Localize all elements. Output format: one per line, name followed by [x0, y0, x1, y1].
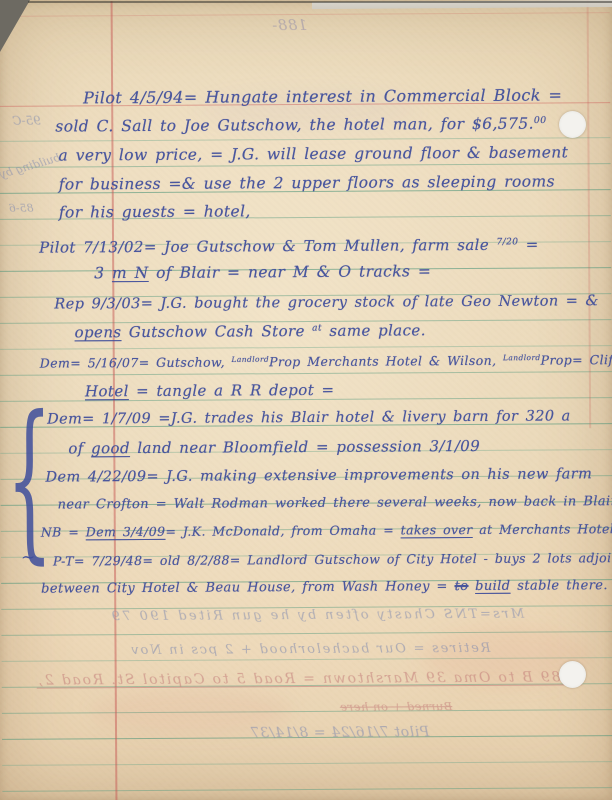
handwriting-segment: of Blair = near M & O tracks =: [149, 262, 432, 282]
handwriting-segment: at Merchants Hotel = 3/1.: [473, 521, 612, 537]
handwriting-segment: stable there.: [510, 578, 608, 594]
handwriting-segment: =: [518, 236, 538, 254]
handwriting-line: a very low price, = J.G. will lease grou…: [58, 143, 568, 164]
handwriting-segment: Gutschow Cash Store: [121, 322, 312, 341]
handwriting-segment: for his guests = hotel,: [59, 202, 251, 221]
handwriting-line: near Crofton = Walt Rodman worked there …: [58, 494, 612, 512]
handwriting-segment: between City Hotel & Beau House, from Wa…: [41, 579, 455, 597]
handwriting-segment: 7/20: [496, 237, 518, 247]
handwriting-line: of good land near Bloomfield = possessio…: [68, 437, 480, 458]
handwriting-segment: Dem 4/22/09= J.G. making extensive impro…: [45, 466, 592, 485]
handwriting-line: Dem= 5/16/07= Gutschow, LandlordProp Mer…: [40, 352, 612, 371]
handwriting-segment: for business =& use the 2 upper floors a…: [59, 172, 555, 193]
handwriting-segment: P-T= 7/29/48= old 8/2/88= Landlord Gutsc…: [53, 550, 612, 569]
handwriting-segment: Landlord: [503, 353, 541, 362]
handwriting-segment: a very low price, = J.G. will lease grou…: [58, 143, 568, 164]
punch-hole-bottom: [559, 661, 586, 688]
handwriting-segment: at: [312, 324, 322, 334]
tilde-annotation: ~: [21, 548, 35, 568]
handwriting-segment: Dem= 1/7/09 =J.G. trades his Blair hotel…: [47, 408, 571, 427]
handwriting-segment: takes over: [401, 522, 473, 537]
handwriting-segment: Dem= 5/16/07= Gutschow,: [40, 354, 232, 370]
handwriting-segment: Hotel: [85, 382, 129, 400]
handwriting-line: P-T= 7/29/48= old 8/2/88= Landlord Gutsc…: [53, 550, 612, 569]
handwriting-segment: = tangle a R R depot =: [129, 381, 335, 400]
handwriting-segment: good: [91, 439, 130, 457]
page-content: 188-95-Cbuilding by85-6Mrs=TNS Chasty of…: [0, 0, 612, 800]
handwriting-segment: land near Bloomfield = possession 3/1/09: [130, 437, 480, 457]
handwriting-segment: 00: [534, 115, 547, 126]
handwriting-segment: same place.: [322, 321, 426, 340]
handwriting-segment: Dem 3/4/09: [86, 524, 166, 539]
handwriting-segment: Prop= Clifton: [541, 352, 612, 368]
handwriting-line: Dem 4/22/09= J.G. making extensive impro…: [45, 466, 592, 485]
handwriting-line: for his guests = hotel,: [59, 202, 251, 221]
handwriting-layer: { ~ Pilot 4/5/94= Hungate interest in Co…: [0, 0, 612, 800]
handwriting-segment: Prop Merchants Hotel & Wilson,: [269, 353, 503, 369]
handwriting-segment: NB =: [41, 524, 86, 539]
handwriting-line: Rep 9/3/03= J.G. bought the grocery stoc…: [54, 293, 599, 312]
handwriting-line: Pilot 4/5/94= Hungate interest in Commer…: [83, 85, 562, 107]
handwriting-segment: 3: [94, 264, 112, 282]
handwriting-line: Pilot 7/13/02= Joe Gutschow & Tom Mullen…: [39, 236, 539, 257]
handwriting-line: 3 m N of Blair = near M & O tracks =: [94, 262, 431, 282]
handwriting-segment: m N: [112, 264, 149, 282]
handwriting-segment: = J.K. McDonald, from Omaha =: [165, 522, 400, 538]
handwriting-segment: Pilot 4/5/94= Hungate interest in Commer…: [83, 85, 562, 107]
handwriting-segment: Landlord: [232, 355, 270, 364]
handwriting-line: opens Gutschow Cash Store at same place.: [75, 321, 426, 341]
handwriting-segment: opens: [75, 323, 122, 341]
handwriting-segment: Rep 9/3/03= J.G. bought the grocery stoc…: [54, 293, 599, 312]
handwriting-segment: sold C. Sall to Joe Gutschow, the hotel …: [55, 115, 534, 136]
handwriting-segment: build: [475, 579, 510, 594]
handwriting-segment: to: [455, 579, 469, 594]
punch-hole-top: [559, 111, 586, 138]
scan-edge-line: [28, 1, 612, 3]
handwriting-line: between City Hotel & Beau House, from Wa…: [41, 578, 608, 596]
handwriting-line: Dem= 1/7/09 =J.G. trades his Blair hotel…: [47, 408, 571, 427]
handwriting-line: sold C. Sall to Joe Gutschow, the hotel …: [55, 115, 546, 136]
handwriting-line: NB = Dem 3/4/09= J.K. McDonald, from Oma…: [41, 521, 612, 540]
handwriting-segment: of: [68, 439, 91, 457]
handwriting-segment: near Crofton = Walt Rodman worked there …: [58, 494, 612, 512]
handwriting-line: for business =& use the 2 upper floors a…: [59, 172, 555, 193]
scanned-page: 188-95-Cbuilding by85-6Mrs=TNS Chasty of…: [0, 0, 612, 800]
handwriting-segment: Pilot 7/13/02= Joe Gutschow & Tom Mullen…: [39, 236, 497, 257]
handwriting-line: Hotel = tangle a R R depot =: [85, 381, 335, 401]
